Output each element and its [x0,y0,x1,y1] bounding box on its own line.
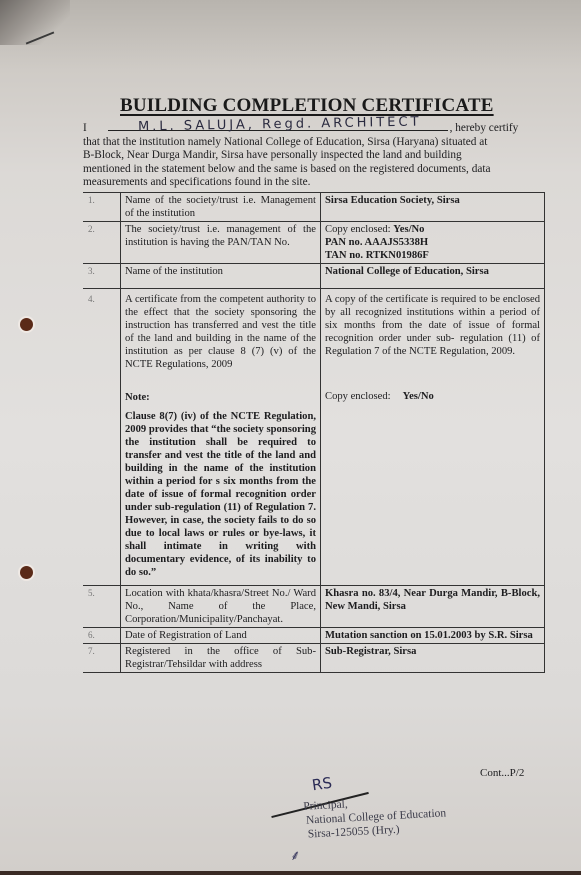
certificate-table: 1. Name of the society/trust i.e. Manage… [83,192,545,673]
intro-line-2: that that the institution namely Nationa… [83,136,541,150]
row-question: Name of the society/trust i.e. Managemen… [121,193,321,222]
row-number: 5. [83,586,121,628]
row-number: 7. [83,644,121,673]
row-number: 1. [83,193,121,222]
row-number: 4. [83,289,121,586]
continuation-note: Cont...P/2 [480,767,524,779]
copy-enclosed-value: Yes/No [393,224,424,235]
intro-line-5: measurements and specifications found in… [83,176,541,190]
note-text: Clause 8(7) (iv) of the NCTE Regulation,… [125,410,316,579]
certificate-page: BUILDING COMPLETION CERTIFICATE I M.L. S… [0,0,581,875]
page-bottom-edge [0,871,581,875]
intro-prefix: I [83,122,87,134]
intro-line-4: mentioned in the statement below and the… [83,163,541,177]
note-label: Note: [125,391,316,404]
tan-number: TAN no. RTKN01986F [325,249,540,262]
row-answer: A copy of the certificate is required to… [321,289,545,586]
row-question: Name of the institution [121,264,321,289]
row-question: The society/trust i.e. management of the… [121,222,321,264]
intro-paragraph: I M.L. SALUJA, Regd. ARCHITECT , hereby … [83,118,541,190]
row-answer: National College of Education, Sirsa [321,264,545,289]
table-row: 1. Name of the society/trust i.e. Manage… [83,193,545,222]
architect-name-handwritten: M.L. SALUJA, Regd. ARCHITECT [137,116,421,135]
architect-signature-line: M.L. SALUJA, Regd. ARCHITECT [108,118,448,131]
document-title: BUILDING COMPLETION CERTIFICATE [120,95,494,117]
row-answer: Sirsa Education Society, Sirsa [321,193,545,222]
copy-enclosed-label: Copy enclosed: [325,224,393,235]
row-answer-text: A copy of the certificate is required to… [325,293,540,358]
principal-stamp: Principal, National College of Education… [303,792,447,841]
table-row: 4. A certificate from the competent auth… [83,289,545,586]
copy-enclosed-label: Copy enclosed: [325,391,391,402]
table-row: 2. The society/trust i.e. management of … [83,222,545,264]
intro-certify: , hereby certify [450,122,519,134]
punch-hole-icon [20,318,33,331]
signature-mark: ⸙ [290,846,301,865]
table-row: 3. Name of the institution National Coll… [83,264,545,289]
row-question: A certificate from the competent authori… [121,289,321,586]
row-answer: Copy enclosed: Yes/No PAN no. AAAJS5338H… [321,222,545,264]
row-answer: Sub-Registrar, Sirsa [321,644,545,673]
pan-number: PAN no. AAAJS5338H [325,236,540,249]
row-number: 6. [83,628,121,644]
table-row: 7. Registered in the office of Sub-Regis… [83,644,545,673]
row-question-text: A certificate from the competent authori… [125,293,316,371]
row-number: 3. [83,264,121,289]
row-question: Date of Registration of Land [121,628,321,644]
row-answer: Mutation sanction on 15.01.2003 by S.R. … [321,628,545,644]
copy-enclosed: Copy enclosed:Yes/No [325,390,540,403]
table-row: 6. Date of Registration of Land Mutation… [83,628,545,644]
punch-hole-icon [20,566,33,579]
row-question: Location with khata/khasra/Street No./ W… [121,586,321,628]
copy-enclosed-value: Yes/No [403,391,434,402]
row-answer: Khasra no. 83/4, Near Durga Mandir, B-Bl… [321,586,545,628]
table-row: 5. Location with khata/khasra/Street No.… [83,586,545,628]
intro-line-3: B-Block, Near Durga Mandir, Sirsa have p… [83,149,541,163]
row-question: Registered in the office of Sub-Registra… [121,644,321,673]
intro-line-1: I M.L. SALUJA, Regd. ARCHITECT , hereby … [83,118,541,136]
signature-initials: RS [311,774,333,795]
note-block: Note: Clause 8(7) (iv) of the NCTE Regul… [125,391,316,579]
row-number: 2. [83,222,121,264]
